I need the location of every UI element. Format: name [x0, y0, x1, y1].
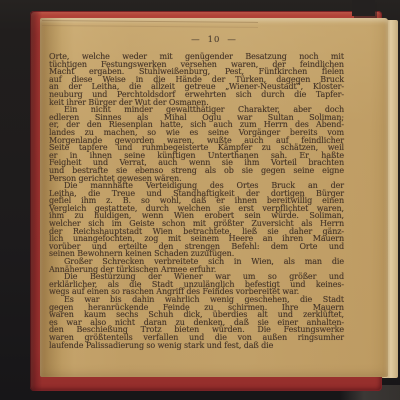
page-header: —10—: [40, 35, 388, 45]
backdrop-gap: [352, 0, 375, 16]
body-text: Orte, welche weder mit genügender Besatz…: [49, 53, 344, 349]
text-line: laufende Palissadierung so wenig stark u…: [49, 342, 344, 350]
page-number: 10: [208, 35, 221, 45]
header-dash-right: —: [227, 35, 237, 45]
book-page: —10— Orte, welche weder mit genügender B…: [40, 18, 388, 377]
header-dash-left: —: [191, 35, 201, 45]
book-photo: —10— Orte, welche weder mit genügender B…: [0, 0, 400, 400]
